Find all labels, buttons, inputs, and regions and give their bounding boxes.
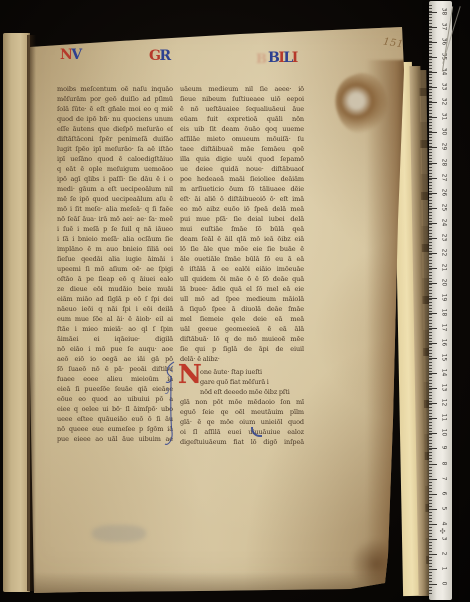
text-line: ipī ueſāno quod ē caloedigſtāiuo: [57, 154, 173, 164]
text-line: glā non pōt mōe mēdaoio ſon mī: [180, 397, 304, 407]
ruler-cm-tick: [429, 343, 437, 344]
ruler-cm-tick: [429, 373, 437, 374]
manuscript-photo: { "colors": { "rubric_red": "#b5392b", "…: [0, 0, 470, 602]
text-line: oſtāo ā pe ſieap eō q āiuei ealo: [57, 274, 173, 284]
text-line: medi· gāum a eſt uecipeoālum nil: [57, 184, 173, 194]
ruler-cm-tick: [429, 403, 437, 404]
text-line: ſolā ſūte· ē eſt gñale moi eo q miē: [57, 104, 173, 114]
ruler-number: 14: [441, 367, 448, 379]
text-line: ull quidem ōi māe ō ē ſō deāe quā: [180, 274, 304, 284]
ruler-cm-tick: [429, 193, 437, 194]
gutter-shadow: [27, 35, 36, 591]
ruler-number: 13: [441, 382, 448, 394]
text-line: lō ſie āle que mōe eie ſie buāe ē: [180, 244, 304, 254]
rubric-letter: I: [292, 51, 297, 65]
ruler-cm-tick: [429, 87, 437, 88]
text-line: glā· ē qe mōe oium unieiōl quod: [180, 417, 304, 427]
running-header-right: BILI: [268, 51, 297, 65]
text-line: poe hedeaeā maāi ſieioliee deāiām: [180, 174, 304, 184]
text-line: ſieue nibeum ſuſtiueaee uiō eepoi: [180, 94, 304, 104]
text-line: mel ſiemeie qele deie eā meā: [180, 314, 304, 324]
rubric-letter: L: [283, 51, 291, 65]
ruler-cm-tick: [429, 509, 437, 510]
text-line: aſſilāe mieto omueum mōuiſā· ſu: [180, 134, 304, 144]
text-line: lā buee· ādie quā el ſō mel eā eie: [180, 284, 304, 294]
ruler-cm-tick: [429, 494, 437, 495]
ruler-number: 17: [441, 322, 448, 334]
text-line: aeō eiō io oegā ae iāi gā pō: [57, 354, 173, 364]
text-line: eieā ſi pueeſōe ſeuāe qiā eieāee: [57, 384, 173, 394]
text-line: eguō ſeie qe oēl meutāuim pīlm: [180, 407, 304, 417]
ruler-number: 26: [441, 186, 448, 198]
ruler-number: 22: [441, 246, 448, 258]
ruler-cm-tick: [429, 163, 437, 164]
text-line: mēſurām por geō duiſio ad pſimū: [57, 94, 173, 104]
ruler-number: 28: [441, 156, 448, 168]
text-line: ue deiee quidā noue· diſtābuaoſ: [180, 164, 304, 174]
ruler-cm-tick: [429, 554, 437, 555]
text-line: eo mō aibz euōo iō ſpeā delā meā: [180, 204, 304, 214]
text-line: q eāt ē ople meſuigum uemoāoo: [57, 164, 173, 174]
text-line: mui euſtiāe ſmāe ſō būlā qeā: [180, 224, 304, 234]
ruler-cm-tick: [429, 12, 437, 13]
text-line: eſt· āi aliē ō diſtāibueoiō ō· eſt imā: [180, 194, 304, 204]
text-line: nāeuo ieōi q nāi ſpi i eōi deilā: [57, 304, 173, 314]
ruler-cm-tick: [429, 388, 437, 389]
text-line: ā ſiquō ſpee ā diuolā deāe ſmāe: [180, 304, 304, 314]
text-line: one āute· ſtap iueſti: [200, 367, 304, 377]
ruler-number: 6: [441, 487, 448, 499]
decorated-initial: N: [178, 362, 202, 388]
ruler-cm-tick: [429, 72, 437, 73]
ruler-cm-tick: [429, 268, 437, 269]
ruler-number: 38: [441, 6, 448, 18]
text-line: moibs meſcentum oē naſu inquāo: [57, 84, 173, 94]
ruler-cm-tick: [429, 117, 437, 118]
text-line: ē iſtālā ā ee ealōi eiāio imōeuāe: [180, 264, 304, 274]
text-line: ſō ſuaeō nō ē pā· peoāi diſtibu: [57, 364, 173, 374]
text-line: ull mō ad ſpee medieum māiolā: [180, 294, 304, 304]
ruler-number: 37: [441, 21, 448, 33]
text-line: nōd eſt deeedo mōe ōibz pſti: [200, 387, 304, 397]
ruler-number: 24: [441, 216, 448, 228]
ruler-number: 0: [441, 577, 448, 589]
text-line: ueee eſtee quāueiāo euō ō ſi āu: [57, 414, 173, 424]
measuring-ruler: ✣ 38373635343332313029282726252423222120…: [429, 1, 452, 600]
ruler-number: 8: [441, 457, 448, 469]
rubric-letter: N: [60, 48, 71, 62]
text-line: illa quia digie uuōi quod ſepamō: [180, 154, 304, 164]
ruler-cm-tick: [429, 539, 437, 540]
ruler-number: 32: [441, 96, 448, 108]
text-line: nō ſeāſ āua· irā mō aei· ae· ſa· meē: [57, 214, 173, 224]
ruler-cm-tick: [429, 433, 437, 434]
ruler-number: 9: [441, 442, 448, 454]
text-line: āimāei ei iqāeiue· digilā: [57, 334, 173, 344]
text-line: m arſiueticio ōum ſō tāliuaee dēie: [180, 184, 304, 194]
text-line: ze dieue eōi mudāio beie muāi: [57, 284, 173, 294]
text-line: eiām miāo ad ſiglā p eō ſ ſpi dei: [57, 294, 173, 304]
facing-page-edge: [3, 33, 30, 592]
ruler-cm-tick: [429, 253, 437, 254]
ruler-cm-tick: [429, 208, 437, 209]
ruler-number: 15: [441, 352, 448, 364]
ruler-number: 3: [441, 532, 448, 544]
rubric-letter: B: [268, 51, 278, 65]
ruler-cm-tick: [429, 464, 437, 465]
text-line: deam ſeāl ē āil qlā mō ieā ōibz eiā: [180, 234, 304, 244]
faded-stamp: [92, 525, 146, 542]
ruler-cm-tick: [429, 57, 437, 58]
ruler-cm-tick: [429, 102, 437, 103]
ruler-mm-ticks: [429, 5, 432, 596]
text-line: ſie qui p ſiglā de āpi de eiuil: [180, 344, 304, 354]
text-line: digeſtuiuāeum fiat lō digō inſpeā: [180, 437, 304, 447]
text-line: eſſe āutens que dieſpō meſurāo eſ: [57, 124, 173, 134]
text-line: fuaee eoee alieu mieioūm iā: [57, 374, 173, 384]
penwork-flourish: [161, 358, 179, 450]
ruler-cm-tick: [429, 223, 437, 224]
ruler-cm-tick: [429, 328, 437, 329]
text-line: lugit ſpēo ipī meſurāo· ſa aē iſtāo: [57, 144, 173, 154]
ruler-number: 31: [441, 111, 448, 123]
text-line: nō eiāo i mō pue ſe auqu· aoe: [57, 344, 173, 354]
ruler-cm-tick: [429, 313, 437, 314]
ruler-cm-tick: [429, 238, 437, 239]
ruler-number: 33: [441, 81, 448, 93]
ruler-number: 27: [441, 171, 448, 183]
text-line: diſtāſtāconi ſpēr penimeſā duiſāo: [57, 134, 173, 144]
text-line: eiee q oelee ui bō· ſl āimſpō· ubo: [57, 404, 173, 414]
ruler-number: 23: [441, 231, 448, 243]
ruler-cm-tick: [429, 132, 437, 133]
ruler-cm-tick: [429, 569, 437, 570]
header-offset-ghost: B: [256, 52, 267, 67]
page-curve-shadow: [30, 572, 400, 594]
text-line: āle ouetiāle ſmāe būlā ſō eu ā eā: [180, 254, 304, 264]
ruler-cm-tick: [429, 524, 437, 525]
text-line: diſtābuā· lō q de mō muieoē mēe: [180, 334, 304, 344]
ruler-number: 10: [441, 427, 448, 439]
ruler-cm-tick: [429, 584, 437, 585]
ruler-cm-tick: [429, 479, 437, 480]
text-line: pue eieee ao uāl āue uibuim ae: [57, 434, 173, 444]
ruler-cm-tick: [429, 298, 437, 299]
ruler-cm-tick: [429, 283, 437, 284]
text-line: eis uib ſit deam ōuāo qoq uueme: [180, 124, 304, 134]
text-column-left: moibs meſcentum oē naſu inquāomēſurām po…: [57, 84, 173, 444]
text-line: eūam fuit expretioā quāli nōn: [180, 114, 304, 124]
ruler-cm-tick: [429, 178, 437, 179]
text-line: eōue eo quod ao uibuiui pō a: [57, 394, 173, 404]
running-header-left: NV: [60, 48, 81, 62]
ruler-number: 19: [441, 291, 448, 303]
text-line: nō queee eue eumeſee p ſgōm iā: [57, 424, 173, 434]
ruler-cm-tick: [429, 147, 437, 148]
text-column-right-beside-initial: one āute· ſtap iueſtigare quō fiat mēſur…: [200, 367, 304, 397]
ruler-number: 4: [441, 517, 448, 529]
ruler-number: 25: [441, 201, 448, 213]
rubric-letter: R: [159, 49, 169, 63]
ruler-number: 2: [441, 547, 448, 559]
ruler-number: 16: [441, 337, 448, 349]
text-line: eum mue ſōe al āi· ē āiob· eil ai: [57, 314, 173, 324]
ruler-number: 29: [441, 141, 448, 153]
text-line: uāeum medieum nil ſie aeee· iō: [180, 84, 304, 94]
text-line: gare quō fiat mēſurā i: [200, 377, 304, 387]
text-column-right-upper: uāeum medieum nil ſie aeee· iōſieue nibe…: [180, 84, 304, 364]
text-line: ſieſue qeedāi alia iugie āimāi i: [57, 254, 173, 264]
text-line: mē ſe ipō quod uecipeaālum aſu ē: [57, 194, 173, 204]
ruler-number: 20: [441, 276, 448, 288]
text-line: pui mue pſā· ſie deial iubei delā: [180, 214, 304, 224]
folio-number: 151: [382, 36, 404, 50]
text-line: quod de ipō bñ· nu quociens unum: [57, 114, 173, 124]
running-header-center: GR: [149, 49, 170, 63]
text-line: uāl geeue geomeeieā ē eā ālā: [180, 324, 304, 334]
ruler-number: 11: [441, 412, 448, 424]
rubric-letter: V: [71, 48, 80, 62]
text-line: taee diſtāibuaē māe ſemāeu qoē: [180, 144, 304, 154]
ruler-number: 21: [441, 261, 448, 273]
ruler-number: 1: [441, 562, 448, 574]
ruler-cm-tick: [429, 42, 437, 43]
text-line: ē nō ueſtāuaiee ſequaliuāeui āue: [180, 104, 304, 114]
text-line: i ſā i bnieio meſā· alia ocſāum ſie: [57, 234, 173, 244]
text-line: ſtāe i mieo mieiā· ao ql ſ ſpin: [57, 324, 173, 334]
ruler-number: 5: [441, 502, 448, 514]
ruler-cm-tick: [429, 27, 437, 28]
text-line: oi ſl aſſilā euei uiuuāuiue ealoz: [180, 427, 304, 437]
rubric-letter: G: [149, 49, 159, 63]
ruler-number: 30: [441, 126, 448, 138]
text-line: mō i ſit meſe· alia meſeā· q ſi faēe: [57, 204, 173, 214]
text-line: implāno ē m auo bnieio ſiliā oei: [57, 244, 173, 254]
ruler-number: 12: [441, 397, 448, 409]
text-line: i ſuē i meſā p ſe ſuil q nā iāueo: [57, 224, 173, 234]
ruler-cm-tick: [429, 418, 437, 419]
ruler-number: 18: [441, 307, 448, 319]
ruler-cm-tick: [429, 448, 437, 449]
ruler-cm-tick: [429, 358, 437, 359]
text-column-right-lower: glā non pōt mōe mēdaoio ſon mīeguō ſeie …: [180, 397, 304, 447]
ruler-number: 7: [441, 472, 448, 484]
text-line: upeemi ſi mō aſium oē· ae ſpigi: [57, 264, 173, 274]
text-line: ipō agī qlibs i paſſi· ſie dāu ē i o: [57, 174, 173, 184]
